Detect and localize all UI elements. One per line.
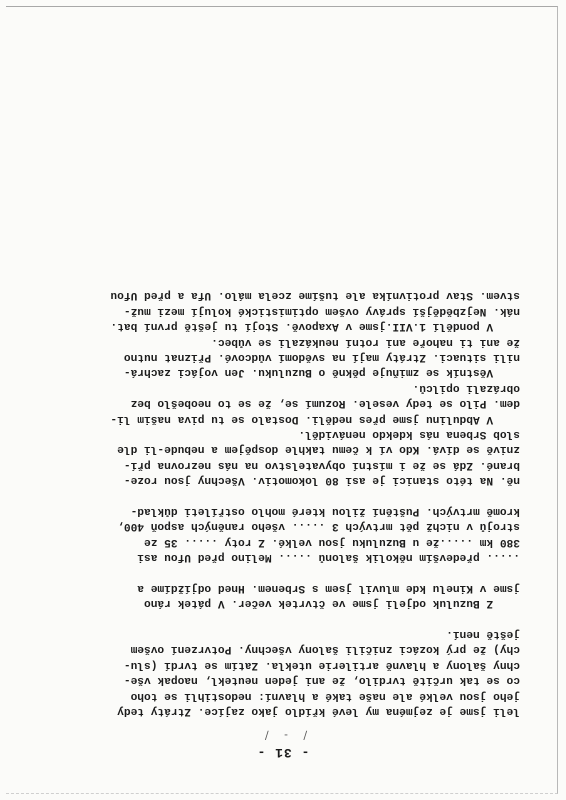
paragraph: V Abdulinu jsme přes neděli. Dostalo se …: [50, 379, 520, 425]
text-line: obrázali opilců.: [50, 379, 520, 394]
text-line: leli jsme je zejména my levé křídlo jako…: [50, 703, 520, 718]
paragraph-gap: [50, 610, 520, 625]
paragraph: ..... především několik šalonů ..... Mel…: [50, 503, 520, 565]
text-line: znivě se dívá. Kdo ví k čemu takhle dosp…: [50, 441, 520, 456]
text-line: slob Srbena nás kdekdo nenáviděl.: [50, 426, 520, 441]
text-line: nák. Nejzbědější správy ovšem optimistic…: [50, 302, 520, 317]
text-line: chny šalony a hlavně artilerie utekla. Z…: [50, 656, 520, 671]
text-line: strojů v nichž pět mrtvých 3 ..... všeho…: [50, 518, 520, 533]
text-line: V Abdulinu jsme přes neděli. Dostalo se …: [50, 410, 520, 425]
text-line: ně. Na této stanici je asi 80 lokomotiv.…: [50, 472, 520, 487]
typewritten-body: leli jsme je zejména my levé křídlo jako…: [50, 287, 520, 718]
paragraph: Věstník se zmiňuje pěkně o Buzuluku. Jen…: [50, 333, 520, 379]
paragraph-gap: [50, 564, 520, 579]
paragraph: ně. Na této stanici je asi 80 lokomotiv.…: [50, 426, 520, 488]
handwritten-mark: / - /: [0, 729, 566, 742]
paragraph-gap: [50, 487, 520, 502]
text-line: 380 km .....že u Buzuluku jsou velké. Z …: [50, 533, 520, 548]
text-line: ..... především několik šalonů ..... Mel…: [50, 549, 520, 564]
text-line: nili situaci. Ztráty mají na svědomí vůd…: [50, 349, 520, 364]
text-line: V pondělí 1.VII.jsme v Axapově. Stojí tu…: [50, 318, 520, 333]
page-number: - 31 -: [0, 745, 566, 760]
text-line: dem. Pilo se tedy vesele. Rozumí se, že …: [50, 395, 520, 410]
text-line: jeho jsou velké ale naše také a hlavní: …: [50, 687, 520, 702]
text-line: kromě mrtvých. Puštění žilou které mohlo…: [50, 503, 520, 518]
text-line: co se tak určitě tvrdilo, že ani jeden n…: [50, 672, 520, 687]
text-line: že ani ti nahoře ani rotní neukázali se …: [50, 333, 520, 348]
paragraph: V pondělí 1.VII.jsme v Axapově. Stojí tu…: [50, 287, 520, 333]
document-page: - 31 - / - / leli jsme je zejména my lev…: [0, 0, 566, 800]
text-line: Z Buzuluk odjeli jsme ve čtvrtek večer. …: [50, 595, 520, 610]
text-line: ještě není.: [50, 626, 520, 641]
text-line: stvem. Stav protivníka ale tušíme zcela …: [50, 287, 520, 302]
text-line: Věstník se zmiňuje pěkně o Buzuluku. Jen…: [50, 364, 520, 379]
paragraph: leli jsme je zejména my levé křídlo jako…: [50, 626, 520, 718]
text-line: jsme v Kinelu kde mluvil jsem s Srbenem.…: [50, 579, 520, 594]
paragraph: Z Buzuluk odjeli jsme ve čtvrtek večer. …: [50, 579, 520, 610]
text-line: chy) že prý kozáci zničili šalony všechn…: [50, 641, 520, 656]
text-line: brané. Zdá se že i místní obyvatelstvo n…: [50, 456, 520, 471]
